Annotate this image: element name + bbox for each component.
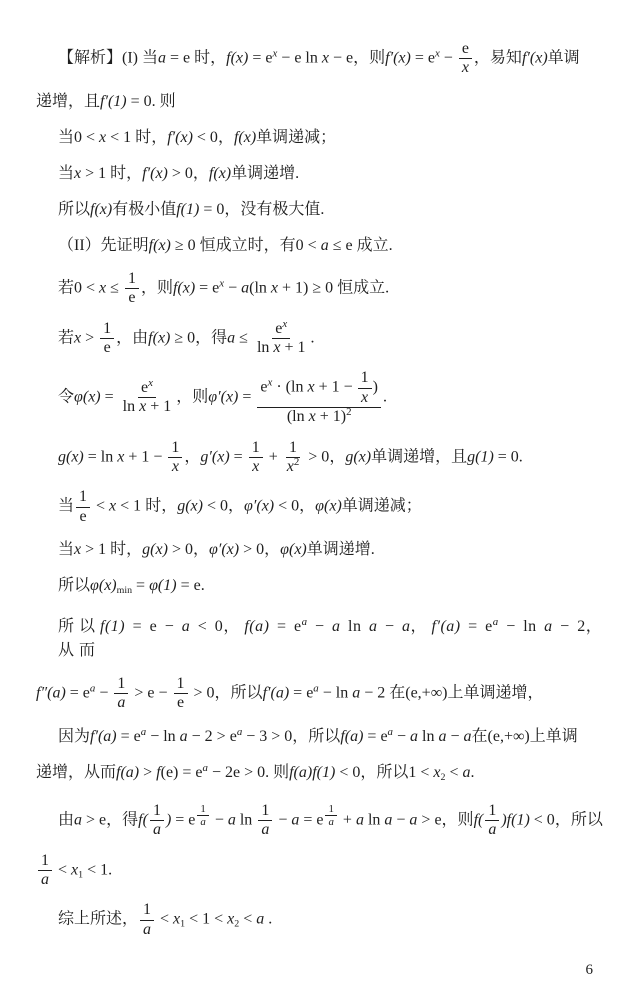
math-italic-run: a xyxy=(41,871,49,888)
math-roman-run: < 0 xyxy=(193,129,218,146)
fraction-denominator: a xyxy=(114,694,128,712)
text-line: 若0 < x ≤ 1e，则f(x) = ex − a(ln x + 1) ≥ 0… xyxy=(36,270,609,308)
cjk-text-run: 在 xyxy=(389,685,405,702)
math-roman-run: 2 xyxy=(294,456,299,468)
math-roman-run: ≤ e xyxy=(329,237,357,254)
math-roman-run: = e xyxy=(299,811,323,828)
math-roman-run: > 0 xyxy=(168,541,193,558)
math-roman-run: = 0. xyxy=(127,93,156,110)
cjk-text-run: 当 xyxy=(58,165,74,182)
math-italic-run: a xyxy=(143,921,151,938)
math-roman-run: 2 xyxy=(346,406,351,418)
cjk-text-run: ， xyxy=(264,541,280,558)
math-roman-run: = e xyxy=(269,618,301,635)
cjk-text-run: 所以 xyxy=(58,618,100,635)
cjk-text-run: 所以 xyxy=(58,201,90,218)
math-roman-run: 1 xyxy=(177,675,185,692)
math-roman-run: 1 xyxy=(171,439,179,456)
math-roman-run: e xyxy=(79,508,86,525)
cjk-text-run: ，则 xyxy=(442,811,474,828)
math-roman-run: = e xyxy=(117,728,141,745)
fraction-numerator: ex · (ln x + 1 − 1x) xyxy=(257,369,381,408)
math-roman-run: − xyxy=(393,728,410,745)
cjk-text-run: 因为 xyxy=(58,728,90,745)
math-roman-run: > 0 xyxy=(168,165,193,182)
cjk-text-run: 综上所述， xyxy=(58,911,138,928)
cjk-text-run: ， xyxy=(411,618,432,635)
math-roman-run: − xyxy=(274,811,291,828)
math-roman-run: . xyxy=(311,329,315,346)
math-roman-run: ≥ 0 xyxy=(170,329,195,346)
fraction: exln x + 1 xyxy=(120,379,175,417)
math-roman-run: < 0 xyxy=(335,764,360,781)
math-italic-run: f(a)f(1) xyxy=(289,764,335,781)
math-roman-run: + 1) xyxy=(316,408,346,425)
math-roman-run: . xyxy=(383,389,387,406)
math-italic-run: x xyxy=(361,389,368,406)
math-italic-run: a xyxy=(488,821,496,838)
math-roman-run: = 0 xyxy=(199,201,224,218)
math-roman-run: (e,+∞) xyxy=(488,728,530,745)
math-italic-run: f′(1) xyxy=(100,93,127,110)
math-roman-run: − 3 > 0 xyxy=(242,728,292,745)
cjk-text-run: 单调递减； xyxy=(342,498,422,515)
cjk-text-run: 单调递减； xyxy=(256,129,336,146)
math-roman-run: ln xyxy=(123,398,139,415)
math-italic-run: φ(x) xyxy=(315,498,342,515)
cjk-text-run: ， xyxy=(184,448,200,465)
math-roman-run: + 1 xyxy=(146,398,171,415)
fraction-denominator: x xyxy=(169,458,182,476)
text-line: 递增，从而f(a) > f(e) = ea − 2e > 0. 则f(a)f(1… xyxy=(36,761,609,790)
fraction-numerator: 1 xyxy=(140,901,154,920)
math-roman-run: > 0 xyxy=(304,448,329,465)
math-roman-run: < 1 xyxy=(116,498,145,515)
text-line: 所以f(1) = e − a < 0，f(a) = ea − a ln a − … xyxy=(36,615,609,663)
superscript: 2 xyxy=(294,456,299,468)
cjk-text-run: 则 xyxy=(269,764,289,781)
math-roman-run: < 1 xyxy=(106,129,135,146)
text-line: g(x) = ln x + 1 − 1x，g′(x) = 1x + 1x2 > … xyxy=(36,439,609,477)
fraction: 1a xyxy=(150,802,164,840)
cjk-text-run: 单调递增，且 xyxy=(371,448,467,465)
math-italic-run: g(x) xyxy=(58,448,84,465)
fraction-denominator: a xyxy=(140,921,154,939)
fraction: 1x2 xyxy=(284,439,303,477)
math-italic-run: x xyxy=(433,764,440,781)
math-roman-run: + xyxy=(265,448,282,465)
text-line: 因为f′(a) = ea − ln a − 2 > ea − 3 > 0，所以f… xyxy=(36,725,609,749)
fraction-denominator: a xyxy=(38,871,52,889)
fraction-numerator: 1 xyxy=(168,439,182,458)
cjk-text-run: 时， xyxy=(110,165,142,182)
text-line: 当x > 1 时，f′(x) > 0，f(x)单调递增. xyxy=(36,162,609,186)
math-italic-run: g(x) xyxy=(177,498,203,515)
fraction: 1a xyxy=(485,802,499,840)
superscript: x xyxy=(148,377,153,389)
cjk-text-run: 【解析】(I) 当 xyxy=(58,50,158,67)
cjk-text-run: 递增，从而 xyxy=(36,764,116,781)
text-line: 递增，且f′(1) = 0. 则 xyxy=(36,90,609,114)
math-roman-run: e xyxy=(104,339,111,356)
superscript: 2 xyxy=(346,406,351,418)
math-roman-run: . xyxy=(264,911,272,928)
math-roman-run: ≤ xyxy=(106,279,123,296)
math-roman-run: − xyxy=(211,811,228,828)
math-roman-run: ln xyxy=(341,618,369,635)
cjk-text-run: 当 xyxy=(58,498,74,515)
math-italic-run: a xyxy=(261,821,269,838)
fraction: exln x + 1 xyxy=(254,320,309,358)
math-roman-run: = 0. xyxy=(494,448,523,465)
math-roman-run: − xyxy=(392,811,409,828)
math-roman-run: < 0 xyxy=(530,811,555,828)
text-line: （II）先证明f(x) ≥ 0 恒成立时，有0 < a ≤ e 成立. xyxy=(36,234,609,258)
fraction-numerator: 1 xyxy=(38,852,52,871)
fraction-denominator: (ln x + 1)2 xyxy=(284,408,355,426)
math-roman-run: 1 xyxy=(41,852,49,869)
fraction-denominator: a xyxy=(197,816,208,829)
math-italic-run: f(x) xyxy=(226,50,248,67)
math-roman-run: − 2 xyxy=(553,618,586,635)
math-italic-run: x xyxy=(322,50,329,67)
cjk-text-run: 恒成立时，有 xyxy=(200,237,296,254)
math-roman-run: = ln xyxy=(84,448,117,465)
math-roman-run: < 0 xyxy=(203,498,228,515)
math-roman-run: > 1 xyxy=(81,165,110,182)
cjk-text-run: ，得 xyxy=(195,329,227,346)
text-line: 【解析】(I) 当a = e 时，f(x) = ex − e ln x − e，… xyxy=(36,40,609,78)
text-line: 所以φ(x)min = φ(1) = e. xyxy=(36,574,609,603)
fraction-denominator: x xyxy=(249,458,262,476)
math-roman-run: > xyxy=(81,329,98,346)
math-roman-run: ln xyxy=(364,811,384,828)
math-roman-run: 1 xyxy=(200,803,205,815)
text-line: 综上所述，1a < x1 < 1 < x2 < a . xyxy=(36,901,609,939)
math-roman-run: = e xyxy=(66,685,90,702)
math-roman-run: e xyxy=(128,289,135,306)
math-italic-run: f(x) xyxy=(173,279,195,296)
math-roman-run: 1 xyxy=(328,803,333,815)
fraction-denominator: x xyxy=(358,389,371,407)
math-roman-run: − ln xyxy=(146,728,179,745)
math-italic-run: f′(x) xyxy=(522,50,548,67)
math-roman-run: > 0 xyxy=(239,541,264,558)
cjk-text-run: 时， xyxy=(194,50,226,67)
fraction-numerator: 1 xyxy=(249,439,263,458)
math-roman-run: · (ln xyxy=(272,379,307,396)
cjk-text-run: ，则 xyxy=(353,50,385,67)
text-line: 由a > e，得f(1a) = e1a − a ln 1a − a = e1a … xyxy=(36,802,609,840)
math-roman-run: 1 xyxy=(488,802,496,819)
cjk-text-run: 上单调 xyxy=(530,728,578,745)
math-roman-run: = e xyxy=(363,728,387,745)
math-italic-run: φ(1) xyxy=(149,577,177,594)
math-roman-run: − xyxy=(446,728,463,745)
cjk-text-run: ， xyxy=(193,165,209,182)
math-italic-run: f( xyxy=(138,811,148,828)
fraction-numerator: e xyxy=(459,40,472,59)
math-roman-run: 1 xyxy=(128,270,136,287)
fraction-denominator: ln x + 1 xyxy=(254,339,309,357)
math-italic-run: a xyxy=(227,329,235,346)
cjk-text-run: ， xyxy=(218,129,234,146)
fraction-numerator: 1 xyxy=(358,369,372,388)
math-italic-run: x xyxy=(271,279,278,296)
math-italic-run: φ(x) xyxy=(280,541,307,558)
math-italic-run: x xyxy=(252,458,259,475)
cjk-text-run: 所以 xyxy=(58,577,90,594)
math-roman-run: 1 xyxy=(143,901,151,918)
math-italic-run: a xyxy=(153,821,161,838)
math-italic-run: a xyxy=(321,237,329,254)
math-roman-run: 1 xyxy=(79,488,87,505)
math-italic-run: f(x) xyxy=(148,329,170,346)
math-roman-run: 1 xyxy=(117,675,125,692)
math-roman-run: − e ln xyxy=(277,50,322,67)
math-roman-run: + 1) ≥ 0 xyxy=(278,279,337,296)
fraction: 1a xyxy=(197,803,208,829)
math-roman-run: = e xyxy=(411,50,435,67)
cjk-text-run: 则 xyxy=(156,93,176,110)
math-roman-run: = xyxy=(238,389,255,406)
fraction-numerator: 1 xyxy=(485,802,499,821)
text-line: 若x > 1e，由f(x) ≥ 0，得a ≤ exln x + 1. xyxy=(36,320,609,358)
math-roman-run: < xyxy=(92,498,109,515)
math-roman-run: = e xyxy=(289,685,313,702)
math-italic-run: x xyxy=(462,59,469,76)
math-italic-run: a xyxy=(544,618,553,635)
math-roman-run: = e xyxy=(461,618,493,635)
math-italic-run: a xyxy=(402,618,411,635)
math-italic-run: a xyxy=(74,811,82,828)
cjk-text-run: ，所以 xyxy=(555,811,603,828)
math-roman-run: 0 < xyxy=(296,237,321,254)
math-roman-run: 1 xyxy=(261,802,269,819)
text-line: 令φ(x) = exln x + 1，则φ′(x) = ex · (ln x +… xyxy=(36,369,609,426)
fraction-numerator: ex xyxy=(138,379,156,398)
math-roman-run: ln xyxy=(257,339,273,356)
cjk-text-run: ， xyxy=(223,618,244,635)
fraction-denominator: x2 xyxy=(284,458,303,476)
math-roman-run: − 2e > 0. xyxy=(208,764,269,781)
math-roman-run: 1 xyxy=(103,320,111,337)
math-roman-run: − xyxy=(224,279,241,296)
fraction-numerator: 1 xyxy=(325,803,336,817)
cjk-text-run: ，没有极大值. xyxy=(224,201,324,218)
math-italic-run: a xyxy=(410,728,418,745)
cjk-text-run: 由 xyxy=(58,811,74,828)
text-line: 所以f(x)有极小值f(1) = 0，没有极大值. xyxy=(36,198,609,222)
math-italic-run: φ′(x) xyxy=(244,498,274,515)
math-roman-run: = e xyxy=(171,811,195,828)
cjk-text-run: ， xyxy=(329,448,345,465)
superscript: 1a xyxy=(323,809,338,821)
text-line: 当1e < x < 1 时，g(x) < 0，φ′(x) < 0，φ(x)单调递… xyxy=(36,488,609,526)
math-roman-run: < 0 xyxy=(190,618,223,635)
math-italic-run: x xyxy=(309,408,316,425)
math-roman-run: < xyxy=(445,764,462,781)
math-italic-run: f′(x) xyxy=(142,165,168,182)
fraction: ex · (ln x + 1 − 1x)(ln x + 1)2 xyxy=(257,369,381,426)
math-roman-run: − ln xyxy=(319,685,352,702)
cjk-text-run: 单调 xyxy=(548,50,580,67)
math-italic-run: a xyxy=(332,618,341,635)
cjk-text-run: 单调递增. xyxy=(231,165,299,182)
math-italic-run: f(1) xyxy=(176,201,199,218)
fraction-denominator: a xyxy=(485,821,499,839)
math-roman-run: = xyxy=(230,448,247,465)
fraction-denominator: e xyxy=(76,508,89,526)
math-roman-run: (e) = e xyxy=(161,764,203,781)
math-roman-run: 1 xyxy=(289,439,297,456)
math-italic-run: x xyxy=(287,458,294,475)
text-line: f″(a) = ea − 1a > e − 1e > 0，所以f′(a) = e… xyxy=(36,675,609,713)
math-roman-run: = e xyxy=(166,50,194,67)
math-roman-run: > xyxy=(139,764,156,781)
math-italic-run: f(x) xyxy=(234,129,256,146)
math-italic-run: a xyxy=(228,811,236,828)
math-italic-run: a xyxy=(117,694,125,711)
math-italic-run: f″(a) xyxy=(36,685,66,702)
math-italic-run: a xyxy=(158,50,166,67)
math-roman-run: = e xyxy=(195,279,219,296)
cjk-text-run: ，则 xyxy=(176,389,208,406)
math-roman-run: < 0 xyxy=(274,498,299,515)
fraction-numerator: ex xyxy=(272,320,290,339)
math-roman-run: 1 xyxy=(153,802,161,819)
math-italic-run: f(a) xyxy=(340,728,363,745)
fraction-numerator: 1 xyxy=(197,803,208,817)
math-italic-run: x xyxy=(148,377,153,389)
math-roman-run: = e xyxy=(248,50,272,67)
document-body: 【解析】(I) 当a = e 时，f(x) = ex − e ln x − e，… xyxy=(36,40,609,939)
fraction: 1a xyxy=(114,675,128,713)
math-roman-run: = e − xyxy=(125,618,182,635)
math-italic-run: φ′(x) xyxy=(208,389,238,406)
math-roman-run: e xyxy=(260,379,267,396)
math-italic-run: a xyxy=(356,811,364,828)
math-roman-run: − xyxy=(308,618,333,635)
cjk-text-run: ，所以 xyxy=(215,685,263,702)
fraction: ex xyxy=(459,40,472,78)
math-roman-run: < xyxy=(239,911,256,928)
math-roman-run: − xyxy=(377,618,402,635)
fraction: 1a xyxy=(258,802,272,840)
cjk-text-run: 若 xyxy=(58,329,74,346)
math-roman-run: 1 xyxy=(361,369,369,386)
fraction-denominator: e xyxy=(125,289,138,307)
math-italic-run: f′(a) xyxy=(90,728,117,745)
cjk-text-run: 时， xyxy=(135,129,167,146)
math-roman-run: < xyxy=(156,911,173,928)
math-italic-run: g(x) xyxy=(345,448,371,465)
math-roman-run: e xyxy=(177,694,184,711)
page-number: 6 xyxy=(586,962,594,979)
cjk-text-run: ，所以 xyxy=(360,764,408,781)
fraction: 1e xyxy=(174,675,188,713)
math-roman-run: . xyxy=(470,764,474,781)
math-roman-run: − e xyxy=(329,50,353,67)
fraction-numerator: 1 xyxy=(174,675,188,694)
fraction-denominator: x xyxy=(459,59,472,77)
cjk-text-run: ，易知 xyxy=(474,50,522,67)
math-roman-run: > 0 xyxy=(190,685,215,702)
math-italic-run: f( xyxy=(474,811,484,828)
math-italic-run: f′(x) xyxy=(167,129,193,146)
math-roman-run: − ln xyxy=(499,618,544,635)
math-italic-run: x xyxy=(282,318,287,330)
fraction: 1e xyxy=(125,270,139,308)
math-roman-run: (ln xyxy=(287,408,309,425)
fraction-denominator: ln x + 1 xyxy=(120,398,175,416)
math-italic-run: f(x) xyxy=(149,237,171,254)
fraction-denominator: e xyxy=(174,694,187,712)
cjk-text-run: 递增，且 xyxy=(36,93,100,110)
fraction-denominator: a xyxy=(150,821,164,839)
math-italic-run: φ(x) xyxy=(74,389,101,406)
math-italic-run: x xyxy=(307,379,314,396)
math-italic-run: x xyxy=(172,458,179,475)
math-roman-run: ≥ 0 xyxy=(171,237,200,254)
cjk-text-run: ， xyxy=(299,498,315,515)
math-roman-run: (ln xyxy=(249,279,271,296)
cjk-text-run: 在 xyxy=(472,728,488,745)
cjk-text-run: ，所以 xyxy=(292,728,340,745)
cjk-text-run: ，则 xyxy=(141,279,173,296)
math-roman-run: (e,+∞) xyxy=(405,685,447,702)
fraction: 1a xyxy=(325,803,336,829)
fraction-numerator: 1 xyxy=(100,320,114,339)
math-roman-run: − xyxy=(440,50,457,67)
subscript: min xyxy=(117,585,132,596)
math-roman-run: 1 xyxy=(252,439,260,456)
cjk-text-run: ， xyxy=(193,541,209,558)
text-line: 当0 < x < 1 时，f′(x) < 0，f(x)单调递减； xyxy=(36,126,609,150)
document-page: 【解析】(I) 当a = e 时，f(x) = ex − e ln x − e，… xyxy=(0,0,643,1005)
fraction-numerator: 1 xyxy=(76,488,90,507)
fraction-denominator: a xyxy=(325,816,336,829)
math-roman-run: − 2 > e xyxy=(188,728,237,745)
math-roman-run: ln xyxy=(418,728,438,745)
fraction: 1e xyxy=(76,488,90,526)
cjk-text-run: 有极小值 xyxy=(112,201,176,218)
superscript: x xyxy=(282,318,287,330)
fraction: 1x xyxy=(358,369,372,407)
cjk-text-run: 成立. xyxy=(357,237,393,254)
math-roman-run: + 1 xyxy=(281,339,306,356)
cjk-text-run: 时， xyxy=(145,498,177,515)
cjk-text-run: ，由 xyxy=(116,329,148,346)
math-italic-run: f′(a) xyxy=(263,685,290,702)
cjk-text-run: ， xyxy=(228,498,244,515)
math-roman-run: − 2 xyxy=(360,685,389,702)
math-roman-run: ln xyxy=(236,811,256,828)
cjk-text-run: 若 xyxy=(58,279,74,296)
math-italic-run: a xyxy=(180,728,188,745)
text-line: 当x > 1 时，g(x) > 0，φ′(x) > 0，φ(x)单调递增. xyxy=(36,538,609,562)
math-roman-run: 0 < xyxy=(74,129,99,146)
math-italic-run: g′(x) xyxy=(200,448,229,465)
fraction-numerator: 1 xyxy=(125,270,139,289)
math-roman-run: = e. xyxy=(177,577,205,594)
math-italic-run: f(x) xyxy=(209,165,231,182)
cjk-text-run: 恒成立. xyxy=(337,279,389,296)
math-italic-run: φ(x) xyxy=(90,577,117,594)
cjk-text-run: 上单调递增， xyxy=(447,685,543,702)
math-italic-run: φ′(x) xyxy=(209,541,239,558)
math-italic-run: f(a) xyxy=(244,618,269,635)
